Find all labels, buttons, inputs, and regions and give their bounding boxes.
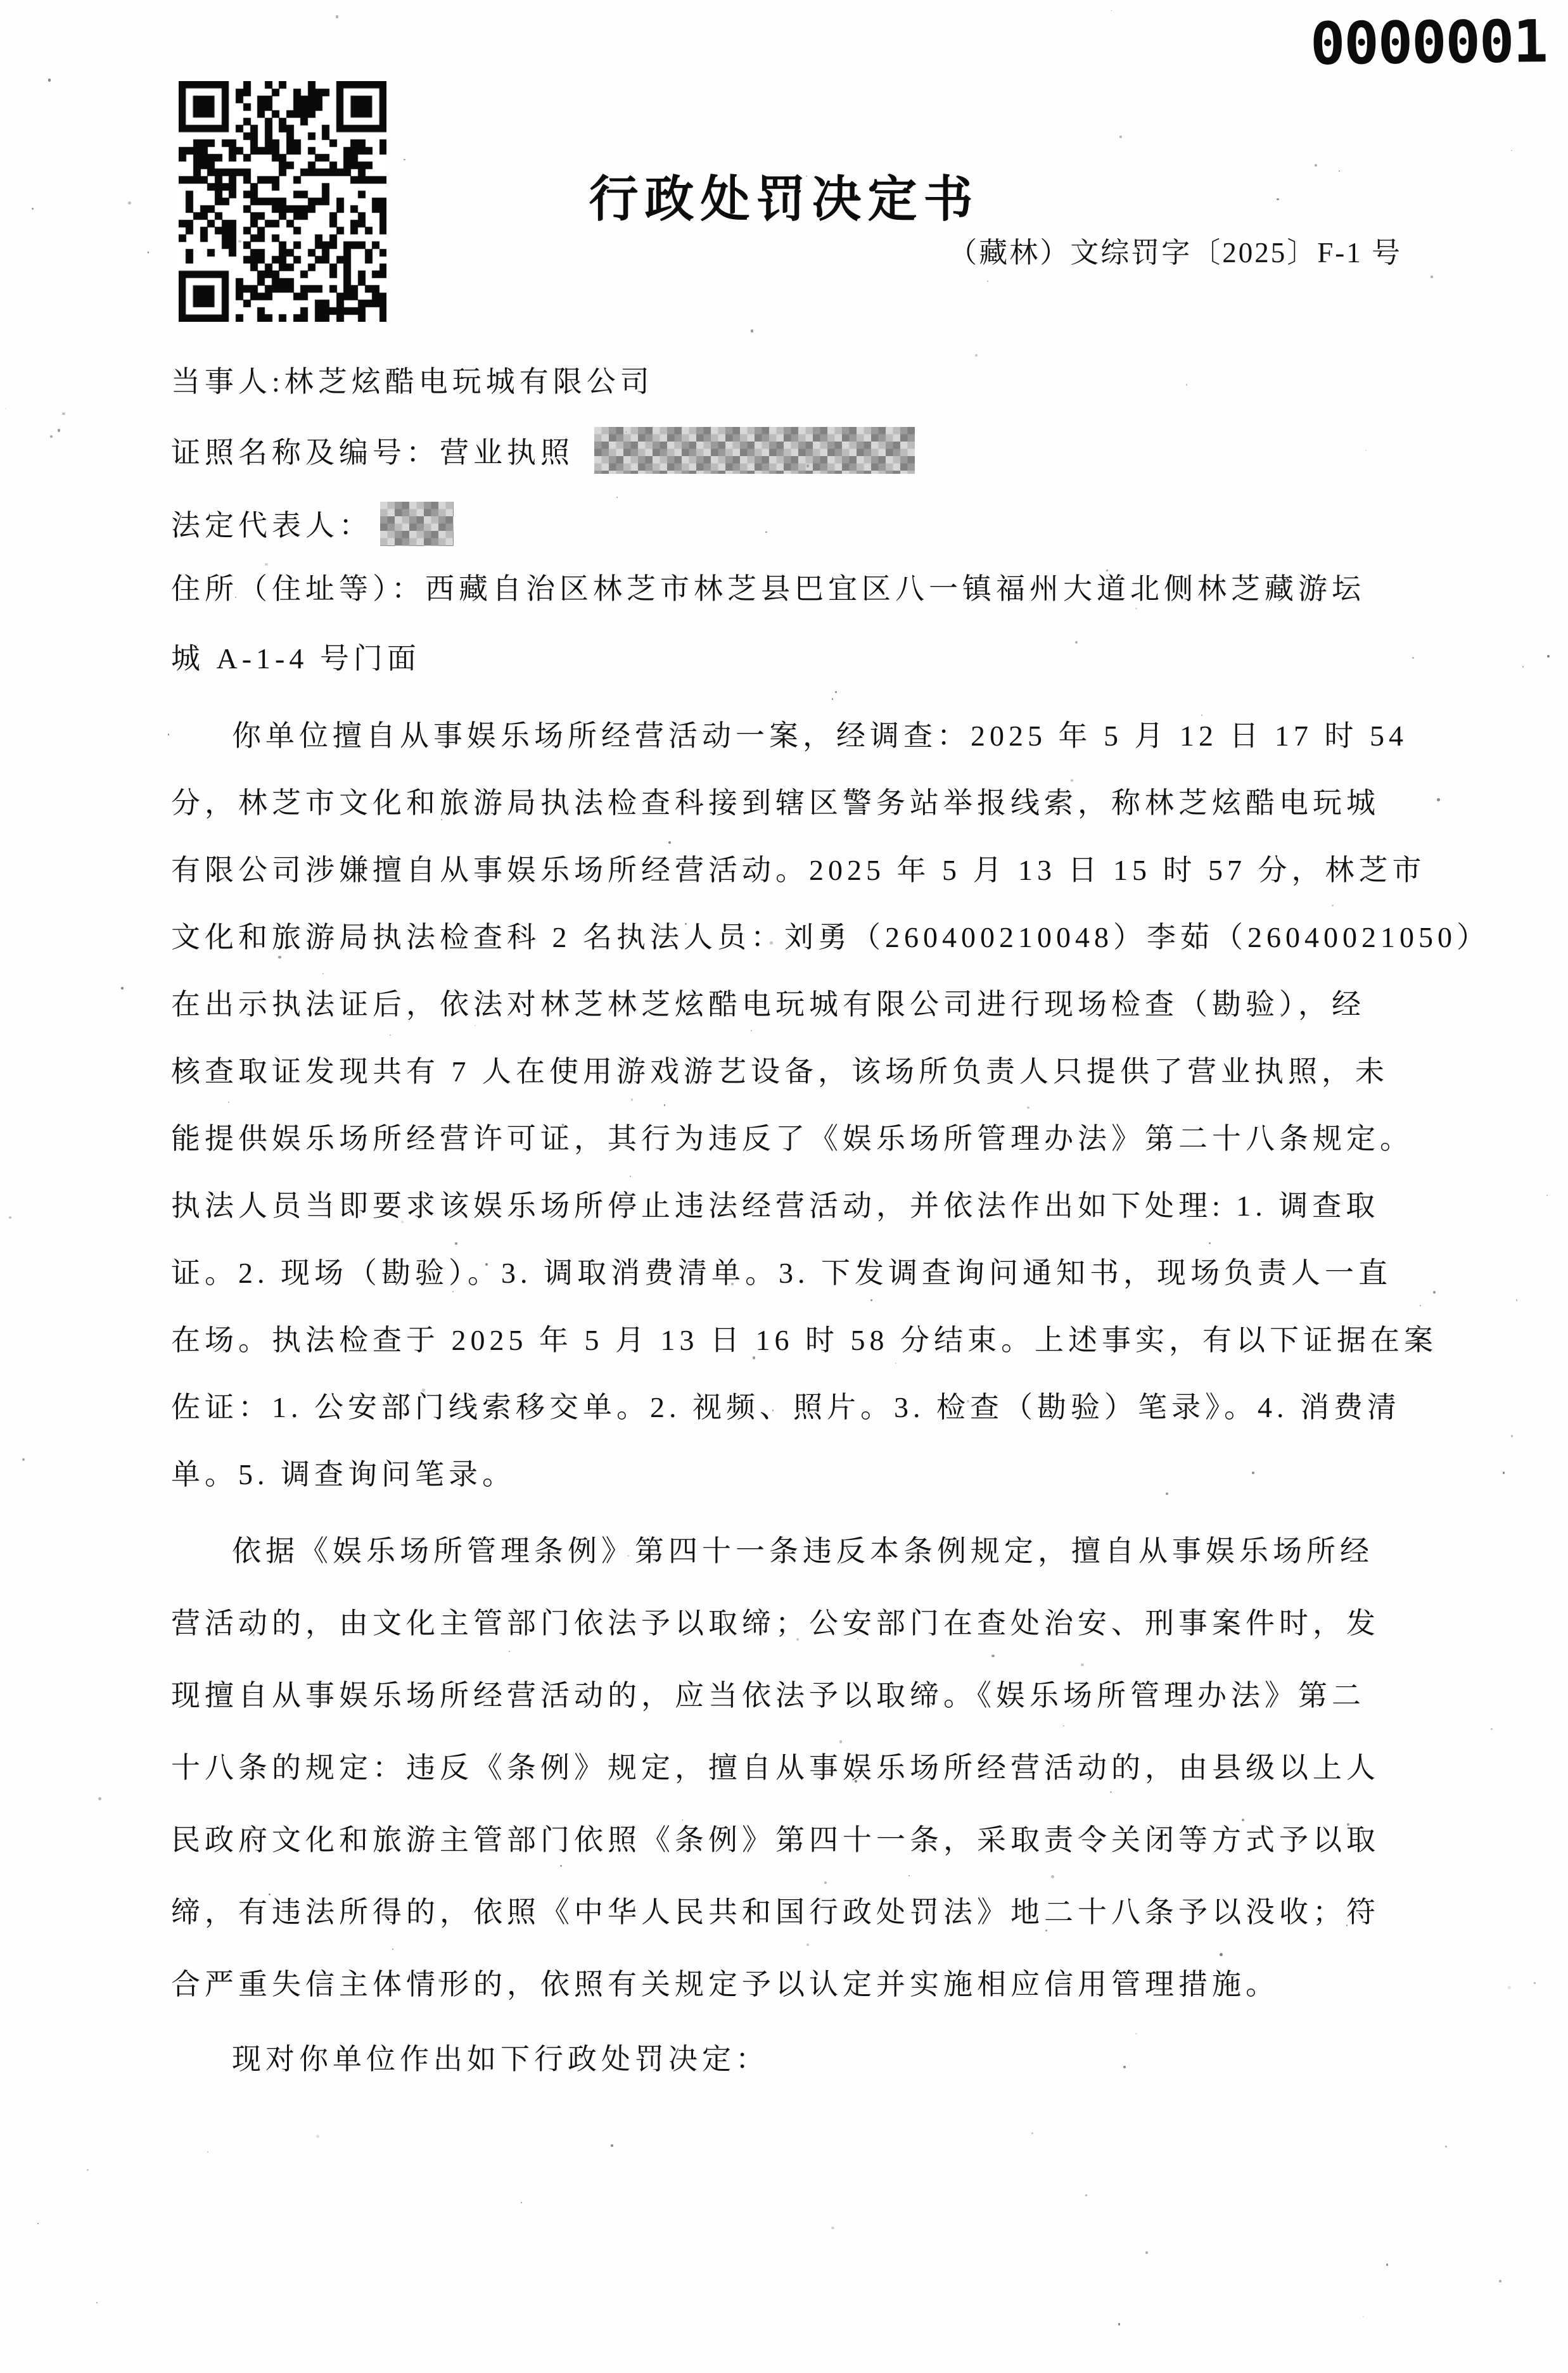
scan-speckle <box>1135 2033 1138 2035</box>
scan-speckle <box>509 1651 510 1652</box>
scan-speckle <box>1051 1875 1054 1878</box>
scan-speckle <box>1186 384 1187 385</box>
scan-speckle <box>1365 450 1367 451</box>
scan-speckle <box>1031 2132 1033 2134</box>
scan-speckle <box>1063 1726 1064 1727</box>
scan-speckle <box>475 1025 476 1026</box>
body-line: 佐证：1. 公安部门线索移交单。2. 视频、照片。3. 检查（勘验）笔录》。4.… <box>171 1384 1401 1426</box>
scan-speckle <box>1511 150 1512 151</box>
scan-speckle <box>316 2135 319 2138</box>
scan-speckle <box>1547 655 1550 658</box>
body-line: 核查取证发现共有 7 人在使用游戏游艺设备，该场所负责人只提供了营业执照，未 <box>171 1048 1389 1090</box>
legal-rep-label: 法定代表人： <box>171 502 373 544</box>
scan-speckle <box>664 1104 666 1106</box>
scan-speckle <box>1081 1664 1084 1667</box>
body-line: 合严重失信主体情形的，依照有关规定予以认定并实施相应信用管理措施。 <box>171 1961 1279 2003</box>
scan-speckle <box>98 1797 101 1800</box>
scan-speckle <box>1386 2263 1389 2266</box>
scan-speckle <box>765 531 767 533</box>
scan-speckle <box>1420 1305 1421 1306</box>
scan-speckle <box>1252 1472 1254 1474</box>
license-line-label: 证照名称及编号：营业执照 <box>171 429 574 471</box>
scan-speckle <box>560 1865 562 1867</box>
scan-speckle <box>616 497 618 498</box>
scan-speckle <box>1546 1195 1548 1196</box>
body-line: 证。2. 现场（勘验）。3. 调取消费清单。3. 下发调查询问通知书，现场负责人… <box>171 1250 1392 1292</box>
scan-speckle <box>48 79 51 82</box>
scan-speckle <box>1363 2316 1364 2317</box>
scan-speckle <box>806 1944 809 1946</box>
scan-speckle <box>9 1216 11 1219</box>
scan-speckle <box>37 2223 39 2224</box>
scan-speckle <box>1027 1107 1029 1109</box>
scan-speckle <box>870 1299 872 1301</box>
document-title: 行政处罚决定书 <box>0 160 1568 231</box>
body-line: 十八条的规定：违反《条例》规定，擅自从事娱乐场所经营活动的，由县级以上人 <box>171 1745 1380 1786</box>
license-number-redacted <box>594 427 915 474</box>
body-line: 单。5. 调查询问笔录。 <box>171 1451 516 1493</box>
scan-speckle <box>1499 2280 1501 2282</box>
body-line: 在出示执法证后，依法对林芝林芝炫酷电玩城有限公司进行现场检查（勘验），经 <box>171 981 1365 1023</box>
address-line-1: 住所（住址等）：西藏自治区林芝市林芝县巴宜区八一镇福州大道北侧林芝藏游坛 <box>171 566 1365 608</box>
scan-speckle <box>50 435 53 438</box>
body-line: 民政府文化和旅游主管部门依照《条例》第四十一条，采取责令关闭等方式予以取 <box>171 1817 1380 1859</box>
body-line: 有限公司涉嫌擅自从事娱乐场所经营活动。2025 年 5 月 13 日 15 时 … <box>171 847 1426 889</box>
scan-speckle <box>1220 1953 1223 1956</box>
scan-speckle <box>278 956 281 959</box>
legal-rep-name-redacted <box>380 502 454 546</box>
scan-speckle <box>991 1655 995 1658</box>
body-line: 你单位擅自从事娱乐场所经营活动一案，经调查：2025 年 5 月 12 日 17… <box>171 713 1408 754</box>
document-number: （藏林）文综罚字〔2025〕F-1 号 <box>948 229 1402 270</box>
scan-speckle <box>1508 1986 1511 1989</box>
scan-speckle <box>1511 1435 1513 1437</box>
body-line: 现擅自从事娱乐场所经营活动的，应当依法予以取缔。《娱乐场所管理办法》第二 <box>171 1672 1365 1714</box>
scan-speckle <box>455 1242 457 1244</box>
scanned-document-page: 0000001 行政处罚决定书 （藏林）文综罚字〔2025〕F-1 号 当事人:… <box>0 0 1568 2373</box>
scan-speckle <box>975 354 978 357</box>
scan-speckle <box>1085 2194 1087 2196</box>
scan-speckle <box>521 2202 522 2203</box>
scan-speckle <box>832 698 834 700</box>
body-line: 文化和旅游局执法检查科 2 名执法人员：刘勇（260400210048）李茹（2… <box>171 914 1490 956</box>
scan-speckle <box>1491 1728 1493 1730</box>
scan-speckle <box>1111 10 1112 11</box>
scan-speckle <box>336 15 338 18</box>
scan-speckle <box>1516 1299 1518 1301</box>
scan-speckle <box>1332 905 1334 907</box>
scan-speckle <box>1118 2323 1120 2325</box>
scan-speckle <box>824 1881 827 1884</box>
scan-speckle <box>751 1030 752 1031</box>
scan-speckle <box>1119 136 1122 138</box>
scan-speckle <box>631 1098 633 1100</box>
scan-speckle <box>322 973 324 974</box>
scan-speckle <box>392 1949 393 1950</box>
body-line: 现对你单位作出如下行政处罚决定： <box>171 2036 769 2078</box>
scan-speckle <box>1075 641 1078 644</box>
scan-speckle <box>895 1363 896 1364</box>
body-line: 依据《娱乐场所管理条例》第四十一条违反本条例规定，擅自从事娱乐场所经 <box>171 1528 1374 1570</box>
scan-speckle <box>58 429 60 431</box>
scan-speckle <box>839 1740 842 1743</box>
scan-speckle <box>1522 666 1524 667</box>
scan-speckle <box>1123 2066 1126 2068</box>
body-line: 能提供娱乐场所经营许可证，其行为违反了《娱乐场所管理办法》第二十八条规定。 <box>171 1116 1413 1157</box>
scan-speckle <box>1412 657 1414 659</box>
scan-speckle <box>1145 2251 1148 2254</box>
scan-speckle <box>228 1102 229 1103</box>
body-line: 分，林芝市文化和旅游局执法检查科接到辖区警务站举报线索，称林芝炫酷电玩城 <box>171 780 1380 822</box>
scan-speckle <box>62 412 65 415</box>
body-line: 在场。执法检查于 2025 年 5 月 13 日 16 时 58 分结束。上述事… <box>171 1317 1437 1359</box>
scan-speckle <box>1437 798 1440 801</box>
scan-speckle <box>87 2169 89 2171</box>
scan-speckle <box>96 2302 98 2303</box>
body-line: 营活动的，由文化主管部门依法予以取缔；公安部门在查处治安、刑事案件时，发 <box>171 1600 1380 1642</box>
scan-speckle <box>148 251 150 253</box>
scan-speckle <box>1503 1472 1505 1474</box>
scan-speckle <box>831 2227 834 2230</box>
scan-speckle <box>390 1034 391 1036</box>
body-line: 缔，有违法所得的，依照《中华人民共和国行政处罚法》地二十八条予以没收；符 <box>171 1889 1380 1931</box>
scan-speckle <box>121 987 124 989</box>
scan-speckle <box>1209 1242 1211 1245</box>
scan-speckle <box>751 329 753 332</box>
scan-speckle <box>630 1176 631 1177</box>
scan-speckle <box>207 2151 208 2153</box>
scan-speckle <box>1166 1492 1168 1495</box>
party-line: 当事人:林芝炫酷电玩城有限公司 <box>171 359 654 400</box>
scan-speckle <box>908 1875 910 1876</box>
scan-speckle <box>168 734 170 735</box>
scan-speckle <box>5 408 6 409</box>
scan-speckle <box>1135 608 1137 609</box>
scan-speckle <box>1433 1291 1436 1294</box>
scan-speckle <box>1534 1982 1536 1985</box>
scan-speckle <box>1431 276 1433 278</box>
scan-speckle <box>987 281 988 282</box>
scan-speckle <box>1110 1791 1112 1793</box>
address-line-2: 城 A-1-4 号门面 <box>171 635 421 677</box>
scan-speckle <box>1445 2146 1447 2147</box>
scan-speckle <box>668 841 671 844</box>
body-line: 执法人员当即要求该娱乐场所停止违法经营活动，并依法作出如下处理: 1. 调查取 <box>171 1183 1379 1225</box>
scan-speckle <box>22 1458 25 1461</box>
page-number-stamp: 0000001 <box>1310 8 1547 78</box>
scan-speckle <box>835 691 837 693</box>
scan-speckle <box>611 2144 613 2146</box>
